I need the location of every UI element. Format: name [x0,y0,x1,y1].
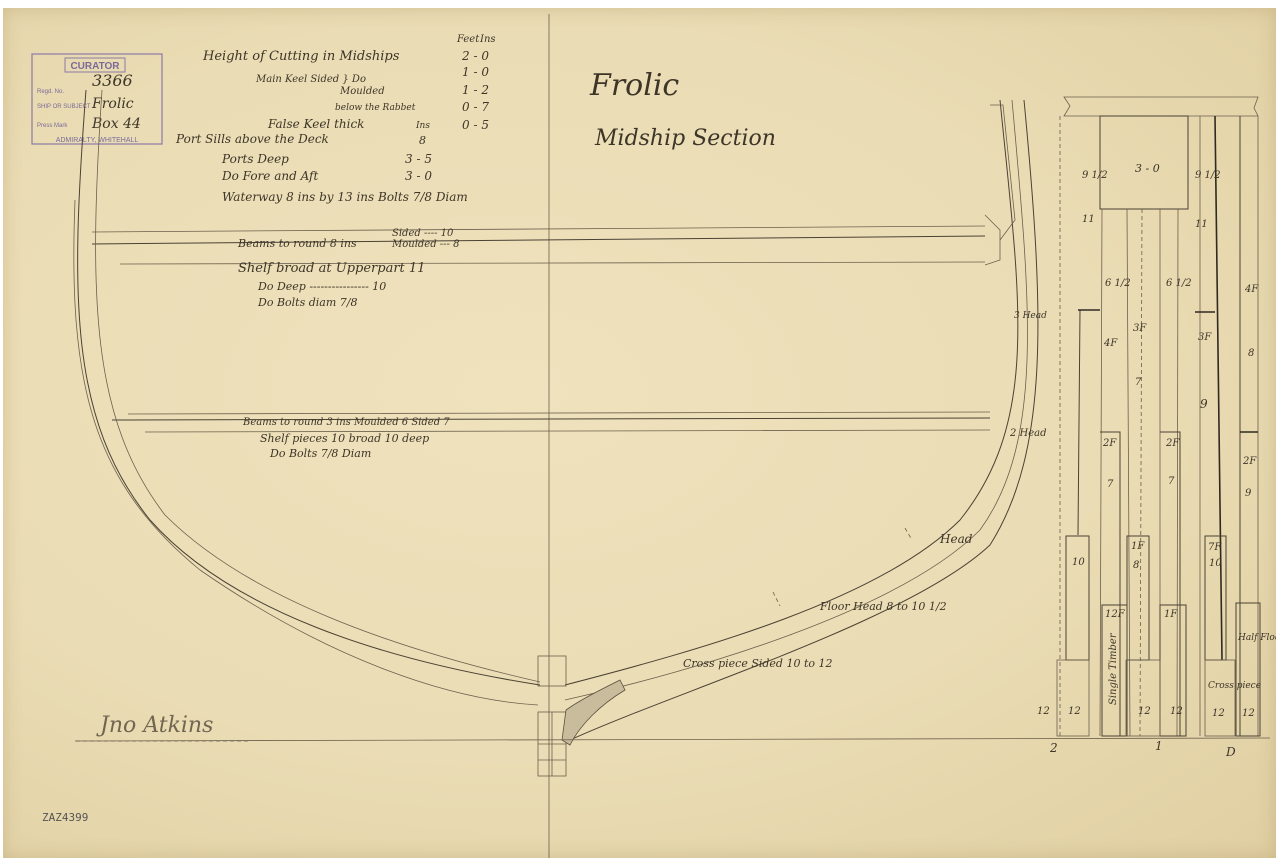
label-specs-ports-1-label: Ports Deep [221,152,289,166]
catalog-number: ZAZ4399 [42,811,88,824]
label-specs-rows-1-label: Main Keel Sided } Do [255,74,366,85]
upper-deck: Beams to round 8 ins Sided ---- 10 Mould… [92,226,985,309]
hull-section: Head Floor Head 8 to 10 1/2 Cross piece … [74,90,1047,776]
label-specs-rows-1-value: 1 - 0 [462,65,489,79]
label-upper_deck_notes-beams_moulded: Moulded --- 8 [391,239,459,250]
label-frame_expansion-column_labels-4: 3F [1198,332,1212,343]
label-frame_expansion-base_marks-1: 1 [1155,739,1163,753]
label-frame_expansion-column_labels-11: 2F [1242,456,1257,467]
label-specs-ports-0-value: 8 [419,134,426,147]
label-specs-rows-0-label: Height of Cutting in Midships [202,49,400,64]
label-specs-ports-3-label: Waterway 8 ins by 13 ins Bolts 7/8 Diam [222,190,468,204]
baseline [75,738,1270,741]
stamp-press-value: Box 44 [91,116,141,132]
label-frame_expansion-column_labels-21: 1F [1164,609,1178,620]
label-frame_expansion-column_labels-27: 12 [1242,708,1255,719]
label-frame_expansion-column_labels-15: 1F [1131,541,1145,552]
label-specs-rows-2-value: 1 - 2 [462,83,489,97]
label-specs-rows-2-label: Moulded [339,86,385,97]
label-frame_expansion-column_labels-18: 7F [1208,542,1222,553]
label-specs-units_header-1: Ins [479,34,496,45]
label-specs-rows-3-label: below the Rabbet [335,103,416,113]
lower-deck: Beams to round 3 ins Moulded 6 Sided 7 S… [112,412,990,460]
label-frame_expansion-column_labels-12: 7 [1107,479,1114,490]
label-upper_deck_notes-beams: Beams to round 8 ins [237,237,357,250]
label-frame_expansion-side_labels-2: 11 [1082,214,1095,225]
label-frame_expansion-column_labels-24: 12 [1138,706,1151,717]
label-frame_expansion-base_marks-2: D [1225,745,1236,759]
label-frame_expansion-side_labels-1: 9 1/2 [1195,170,1221,181]
label-frame_expansion-column_labels-20: 12F [1105,609,1126,620]
label-head: Head [939,532,973,546]
label-specs-ports-1-value: 3 - 5 [405,152,432,166]
label-floor-head: Floor Head 8 to 10 1/2 [819,600,947,613]
label-specs-ports_unit: Ins [415,121,430,131]
label-frame_expansion-column_labels-16: 10 [1072,557,1085,568]
label-specs-rows-0-value: 2 - 0 [461,49,489,63]
stamp-regd-value: 3366 [92,71,133,90]
drawing-title: Frolic [589,68,679,103]
label-frame_expansion-column_labels-19: 10 [1209,558,1222,569]
label-upper_deck_notes-shelf_broad: Shelf broad at Upperpart 11 [238,261,425,276]
label-frame_expansion-column_labels-2: 4F [1103,338,1118,349]
label-frame_expansion-text_labels-0: Single Timber [1108,632,1119,705]
label-frame_expansion-column_labels-23: 12 [1068,706,1081,717]
label-frame_expansion-column_labels-14: 9 [1245,488,1252,499]
label-frame_expansion-column_labels-13: 7 [1168,476,1175,487]
label-frame_expansion-column_labels-22: 12 [1037,706,1050,717]
label-frame_expansion-column_labels-3: 3F [1133,323,1147,334]
label-frame_expansion-column_labels-5: 4F [1244,284,1259,295]
label-frame_expansion-column_labels-25: 12 [1170,706,1183,717]
stamp-footer: ADMIRALTY, WHITEHALL [56,137,139,144]
label-specs-ports-2-value: 3 - 0 [405,169,432,183]
label-frame_expansion-column_labels-0: 6 1/2 [1105,278,1131,289]
curator-stamp: CURATOR Regd. No. 3366 SHIP OR SUBJECT F… [32,54,162,144]
label-frame_expansion-text_labels-2: Half Floor [1237,633,1276,643]
stamp-regd-label: Regd. No. [37,89,64,95]
label-frame_expansion-column_labels-26: 12 [1212,708,1225,719]
label-frame_expansion-text_labels-1: Cross piece [1208,681,1261,691]
label-upper_deck_notes-shelf_deep: Do Deep ---------------- 10 [257,280,386,293]
label-specs-units_header-0: Feet [456,34,480,45]
label-cross-piece: Cross piece Sided 10 to 12 [683,657,833,670]
label-frame_expansion-side_labels-3: 11 [1195,219,1208,230]
draught-sheet: CURATOR Regd. No. 3366 SHIP OR SUBJECT F… [3,8,1276,858]
label-upper_deck_notes-beams_sided: Sided ---- 10 [392,228,454,239]
drawing-canvas: CURATOR Regd. No. 3366 SHIP OR SUBJECT F… [3,8,1276,858]
label-frame_expansion-side_labels-0: 9 1/2 [1082,170,1108,181]
label-frame_expansion-column_labels-6: 7 [1135,377,1142,388]
label-lower_deck_notes-bolts: Do Bolts 7/8 Diam [269,447,371,460]
label-specs-rows-3-value: 0 - 7 [462,100,489,114]
label-lower_deck_notes-beams: Beams to round 3 ins Moulded 6 Sided 7 [242,417,450,428]
label-lower_deck_notes-shelf: Shelf pieces 10 broad 10 deep [260,432,429,445]
label-third-head: 3 Head [1014,311,1047,321]
label-frame_expansion-column_labels-1: 6 1/2 [1166,278,1192,289]
drawing-subtitle: Midship Section [594,126,776,151]
stamp-press-label: Press Mark [37,123,68,129]
title-block: Frolic Midship Section [589,68,776,151]
label-upper_deck_notes-shelf_bolts: Do Bolts diam 7/8 [257,296,357,309]
label-specs-rows-4-value: 0 - 5 [462,118,489,132]
signature: Jno Atkins [96,713,213,738]
label-frame_expansion-column_labels-7: 9 [1200,397,1208,411]
label-frame_expansion-column_labels-17: 8 [1133,560,1139,571]
frame-expansion: 3 - 0 9 1/2 9 1/2 11 11 6 1/2 6 1/2 4F 3… [1037,97,1276,759]
spec-notes: Feet Ins Height of Cutting in Midships 2… [175,34,496,204]
label-specs-ports-0-label: Port Sills above the Deck [175,132,329,146]
label-frame_expansion-column_labels-10: 2F [1165,438,1180,449]
label-specs-ports-2-label: Do Fore and Aft [221,169,318,183]
label-frame_expansion-column_labels-8: 8 [1248,348,1254,359]
label-frame_expansion-base_marks-0: 2 [1049,741,1058,755]
stamp-ship-value: Frolic [91,96,134,112]
label-frame_expansion-top_block: 3 - 0 [1135,162,1160,175]
label-frame_expansion-column_labels-9: 2F [1102,438,1117,449]
signature-block: Jno Atkins [76,713,250,741]
stamp-ship-label: SHIP OR SUBJECT [37,104,91,110]
label-second-head: 2 Head [1009,428,1047,439]
label-specs-rows-4-label: False Keel thick [267,117,364,131]
